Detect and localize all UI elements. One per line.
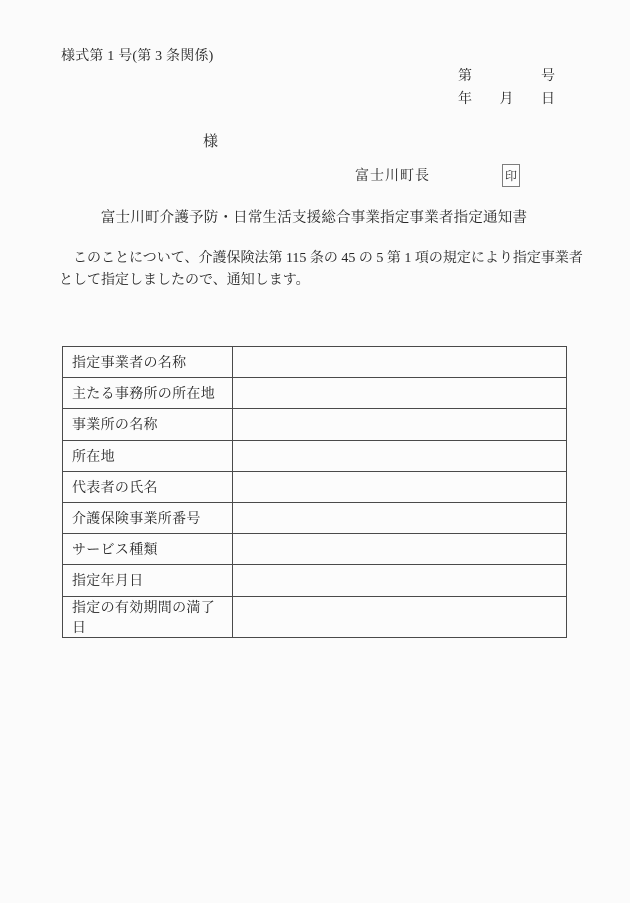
table-row-value xyxy=(233,534,567,565)
table-row-value xyxy=(233,440,567,471)
table-row-label: 代表者の氏名 xyxy=(63,471,233,502)
designation-details-table: 指定事業者の名称 主たる事務所の所在地 事業所の名称 所在地 代表者の氏名 介護… xyxy=(62,346,567,638)
form-number-label: 様式第 1 号(第 3 条関係) xyxy=(61,45,214,65)
body-paragraph: このことについて、介護保険法第 115 条の 45 の 5 第 1 項の規定によ… xyxy=(59,248,571,292)
table-row: 主たる事務所の所在地 xyxy=(63,378,567,409)
table-row: 事業所の名称 xyxy=(63,409,567,440)
sender-title: 富士川町長 xyxy=(355,165,430,185)
table-row-label: 主たる事務所の所在地 xyxy=(63,378,233,409)
table-row: 所在地 xyxy=(63,440,567,471)
seal-box: 印 xyxy=(502,164,520,187)
table-row: 指定年月日 xyxy=(63,565,567,596)
table-row-label: 所在地 xyxy=(63,440,233,471)
table-row-label: 介護保険事業所番号 xyxy=(63,502,233,533)
doc-number-prefix: 第 xyxy=(458,65,472,85)
table-row-value xyxy=(233,502,567,533)
date-month-label: 月 xyxy=(500,88,514,108)
doc-number-suffix: 号 xyxy=(541,65,555,85)
doc-number-line: 第 号 xyxy=(458,65,555,85)
table-row-label: 事業所の名称 xyxy=(63,409,233,440)
date-line: 年 月 日 xyxy=(458,88,555,108)
table-row-value xyxy=(233,409,567,440)
table-row-label: サービス種類 xyxy=(63,534,233,565)
document-page: 様式第 1 号(第 3 条関係) 第 号 年 月 日 様 富士川町長 印 富士川… xyxy=(0,0,630,903)
date-year-label: 年 xyxy=(458,88,472,108)
table-row: サービス種類 xyxy=(63,534,567,565)
table-row-value xyxy=(233,378,567,409)
table-row: 指定の有効期間の満了日 xyxy=(63,596,567,637)
form-table-body: 指定事業者の名称 主たる事務所の所在地 事業所の名称 所在地 代表者の氏名 介護… xyxy=(63,347,567,638)
document-title: 富士川町介護予防・日常生活支援総合事業指定事業者指定通知書 xyxy=(62,206,566,227)
table-row-label: 指定年月日 xyxy=(63,565,233,596)
table-row-value xyxy=(233,347,567,378)
addressee-honorific: 様 xyxy=(203,130,218,151)
table-row: 指定事業者の名称 xyxy=(63,347,567,378)
seal-mark: 印 xyxy=(505,167,517,184)
table-row-label: 指定事業者の名称 xyxy=(63,347,233,378)
table-row: 代表者の氏名 xyxy=(63,471,567,502)
table-row-value xyxy=(233,565,567,596)
form-table: 指定事業者の名称 主たる事務所の所在地 事業所の名称 所在地 代表者の氏名 介護… xyxy=(62,346,567,638)
table-row-label: 指定の有効期間の満了日 xyxy=(63,596,233,637)
body-line-2: として指定しましたので、通知します。 xyxy=(59,270,571,292)
table-row-value xyxy=(233,596,567,637)
date-day-label: 日 xyxy=(541,88,555,108)
table-row: 介護保険事業所番号 xyxy=(63,502,567,533)
table-row-value xyxy=(233,471,567,502)
body-line-1: このことについて、介護保険法第 115 条の 45 の 5 第 1 項の規定によ… xyxy=(59,248,571,270)
